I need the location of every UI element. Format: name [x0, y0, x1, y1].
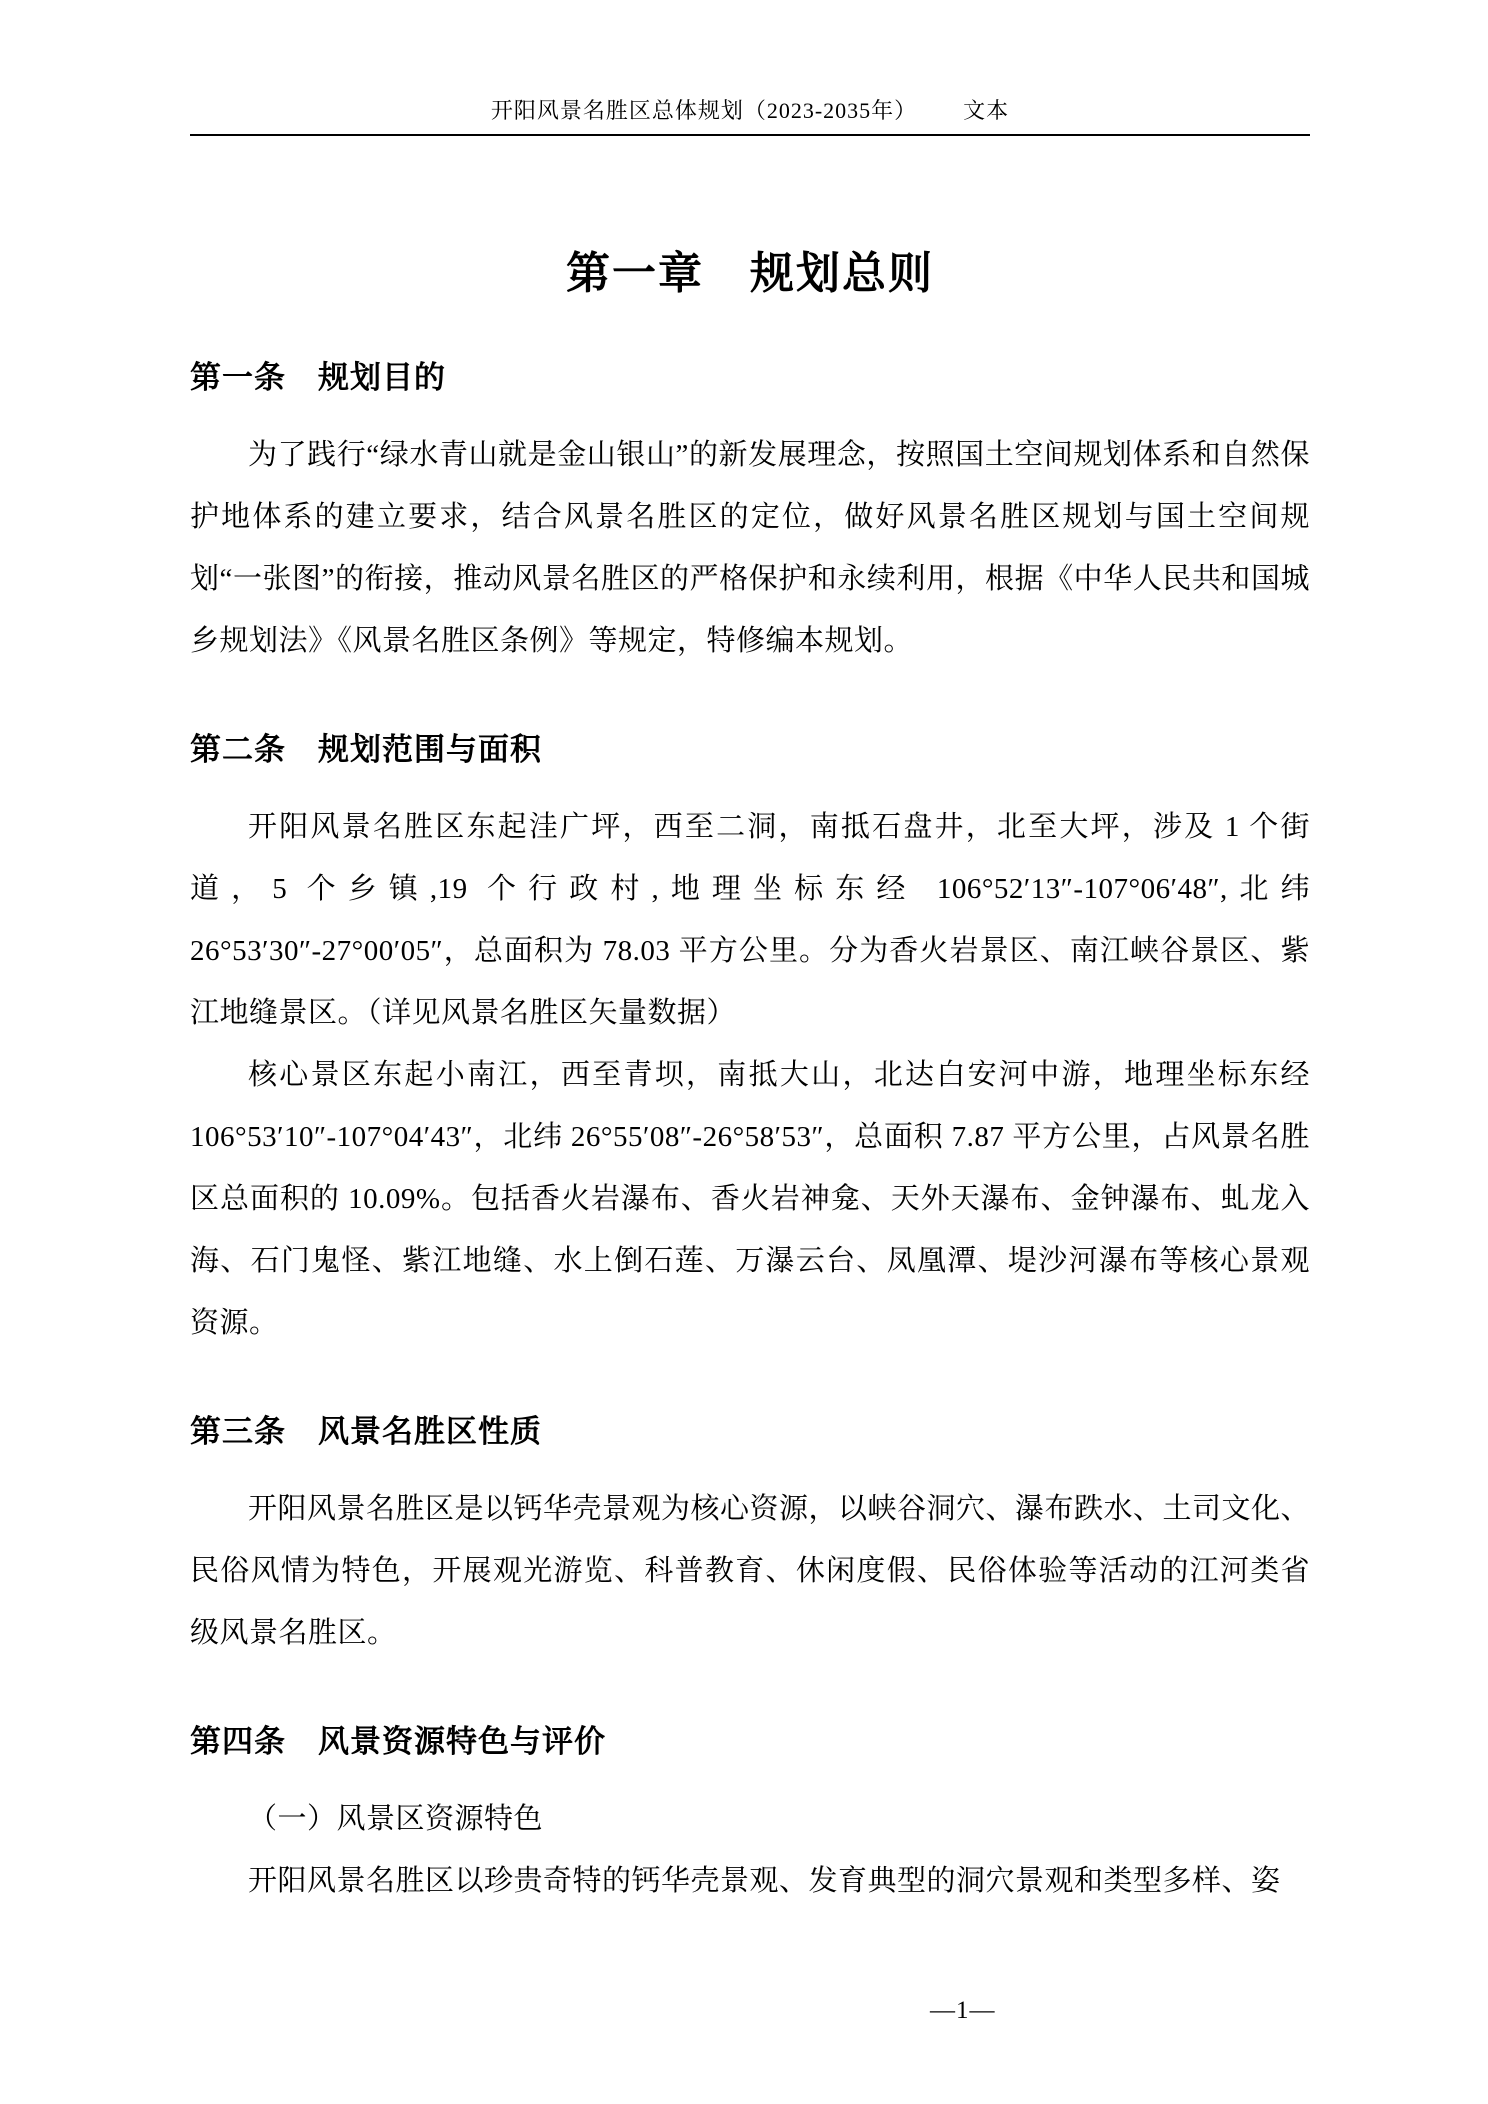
section-3-heading: 第三条 风景名胜区性质 — [190, 1412, 1310, 1452]
section-3-paragraph-1: 开阳风景名胜区是以钙华壳景观为核心资源，以峡谷洞穴、瀑布跌水、土司文化、民俗风情… — [190, 1478, 1310, 1664]
section-2-paragraph-1: 开阳风景名胜区东起洼广坪，西至二洞，南抵石盘井，北至大坪，涉及 1 个街道，5 … — [190, 796, 1310, 1044]
header-title: 开阳风景名胜区总体规划（2023-2035年） — [491, 98, 917, 123]
section-4-heading: 第四条 风景资源特色与评价 — [190, 1722, 1310, 1762]
section-1-heading: 第一条 规划目的 — [190, 358, 1310, 398]
section-4-paragraph-1: 开阳风景名胜区以珍贵奇特的钙华壳景观、发育典型的洞穴景观和类型多样、姿 — [190, 1850, 1310, 1912]
section-4-subheading: （一）风景区资源特色 — [190, 1788, 1310, 1850]
section-1-paragraph-1: 为了践行“绿水青山就是金山银山”的新发展理念，按照国土空间规划体系和自然保护地体… — [190, 424, 1310, 672]
section-2-paragraph-2: 核心景区东起小南江，西至青坝，南抵大山，北达白安河中游，地理坐标东经 106°5… — [190, 1044, 1310, 1354]
section-4: 第四条 风景资源特色与评价 （一）风景区资源特色 开阳风景名胜区以珍贵奇特的钙华… — [190, 1722, 1310, 1912]
section-2: 第二条 规划范围与面积 开阳风景名胜区东起洼广坪，西至二洞，南抵石盘井，北至大坪… — [190, 730, 1310, 1354]
section-3: 第三条 风景名胜区性质 开阳风景名胜区是以钙华壳景观为核心资源，以峡谷洞穴、瀑布… — [190, 1412, 1310, 1664]
page-header: 开阳风景名胜区总体规划（2023-2035年）文本 — [190, 0, 1310, 136]
header-doc-type: 文本 — [963, 98, 1009, 124]
chapter-title: 第一章 规划总则 — [190, 248, 1310, 300]
page-number: —1— — [930, 1996, 996, 2026]
section-2-heading: 第二条 规划范围与面积 — [190, 730, 1310, 770]
document-page: 开阳风景名胜区总体规划（2023-2035年）文本 第一章 规划总则 第一条 规… — [0, 0, 1488, 2104]
section-1: 第一条 规划目的 为了践行“绿水青山就是金山银山”的新发展理念，按照国土空间规划… — [190, 358, 1310, 672]
